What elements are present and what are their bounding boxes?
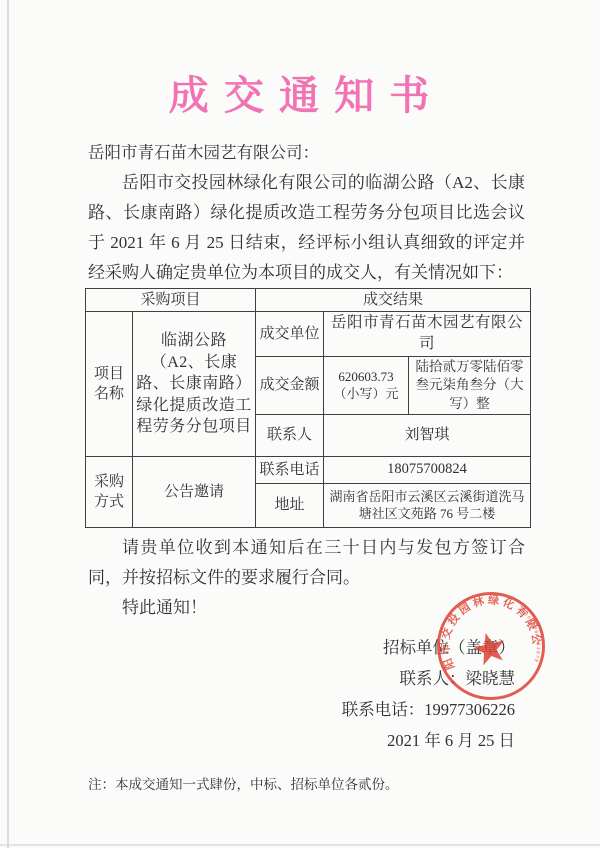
scan-edge-bottom: [0, 844, 600, 846]
signature-phone-line: 联系电话：19977306226: [0, 694, 515, 725]
header-procurement-project: 采购项目: [86, 289, 256, 312]
table-row-award-unit: 项目名称 临湖公路（A2、长康路、长康南路）绿化提质改造工程劳务分包项目 成交单…: [86, 312, 531, 357]
signature-contact-line: 联系人：梁晓慧: [0, 663, 515, 694]
award-amount-numeric: 620603.73（小写）元: [324, 357, 409, 415]
signature-block: 招标单位（盖章） 联系人：梁晓慧 联系电话：19977306226 2021 年…: [0, 632, 600, 756]
intro-paragraph: 岳阳市交投园林绿化有限公司的临湖公路（A2、长康路、长康南路）绿化提质改造工程劳…: [88, 168, 525, 288]
address-value: 湖南省岳阳市云溪区云溪街道洗马塘社区文苑路 76 号二楼: [324, 483, 531, 527]
award-result-table: 采购项目 成交结果 项目名称 临湖公路（A2、长康路、长康南路）绿化提质改造工程…: [85, 288, 531, 528]
signature-unit-line: 招标单位（盖章）: [0, 632, 515, 663]
award-amount-label: 成交金额: [256, 357, 324, 415]
contact-label: 联系人: [256, 414, 324, 456]
phone-label: 联系电话: [256, 456, 324, 483]
table-row-phone: 采购方式 公告邀请 联系电话 18075700824: [86, 456, 531, 483]
award-unit-value: 岳阳市青石苗木园艺有限公司: [324, 312, 531, 357]
intro-section: 岳阳市青石苗木园艺有限公司： 岳阳市交投园林绿化有限公司的临湖公路（A2、长康路…: [88, 138, 525, 288]
award-amount-words: 陆拾贰万零陆佰零叁元柒角叁分（大写）整: [409, 357, 531, 415]
contact-value: 刘智琪: [324, 414, 531, 456]
salutation-line: 岳阳市青石苗木园艺有限公司：: [88, 138, 525, 168]
procurement-method-value: 公告邀请: [133, 456, 256, 527]
phone-value: 18075700824: [324, 456, 531, 483]
award-unit-label: 成交单位: [256, 312, 324, 357]
footnote: 注：本成交通知一式肆份，中标、招标单位各贰份。: [88, 776, 600, 794]
project-name-value: 临湖公路（A2、长康路、长康南路）绿化提质改造工程劳务分包项目: [133, 312, 256, 457]
signature-date-line: 2021 年 6 月 25 日: [0, 725, 515, 756]
closing-paragraph: 请贵单位收到本通知后在三十日内与发包方签订合同，并按招标文件的要求履行合同。: [88, 533, 525, 593]
address-label: 地址: [256, 483, 324, 527]
scan-edge-left: [7, 0, 9, 848]
notice-line: 特此通知！: [88, 593, 525, 623]
header-award-result: 成交结果: [256, 289, 531, 312]
document-page: 成 交 通 知 书 岳阳市青石苗木园艺有限公司： 岳阳市交投园林绿化有限公司的临…: [0, 74, 600, 794]
closing-section: 请贵单位收到本通知后在三十日内与发包方签订合同，并按招标文件的要求履行合同。 特…: [88, 533, 525, 623]
page-title: 成 交 通 知 书: [0, 74, 600, 118]
table-header-row: 采购项目 成交结果: [86, 289, 531, 312]
project-name-label: 项目名称: [86, 312, 133, 457]
procurement-method-label: 采购方式: [86, 456, 133, 527]
